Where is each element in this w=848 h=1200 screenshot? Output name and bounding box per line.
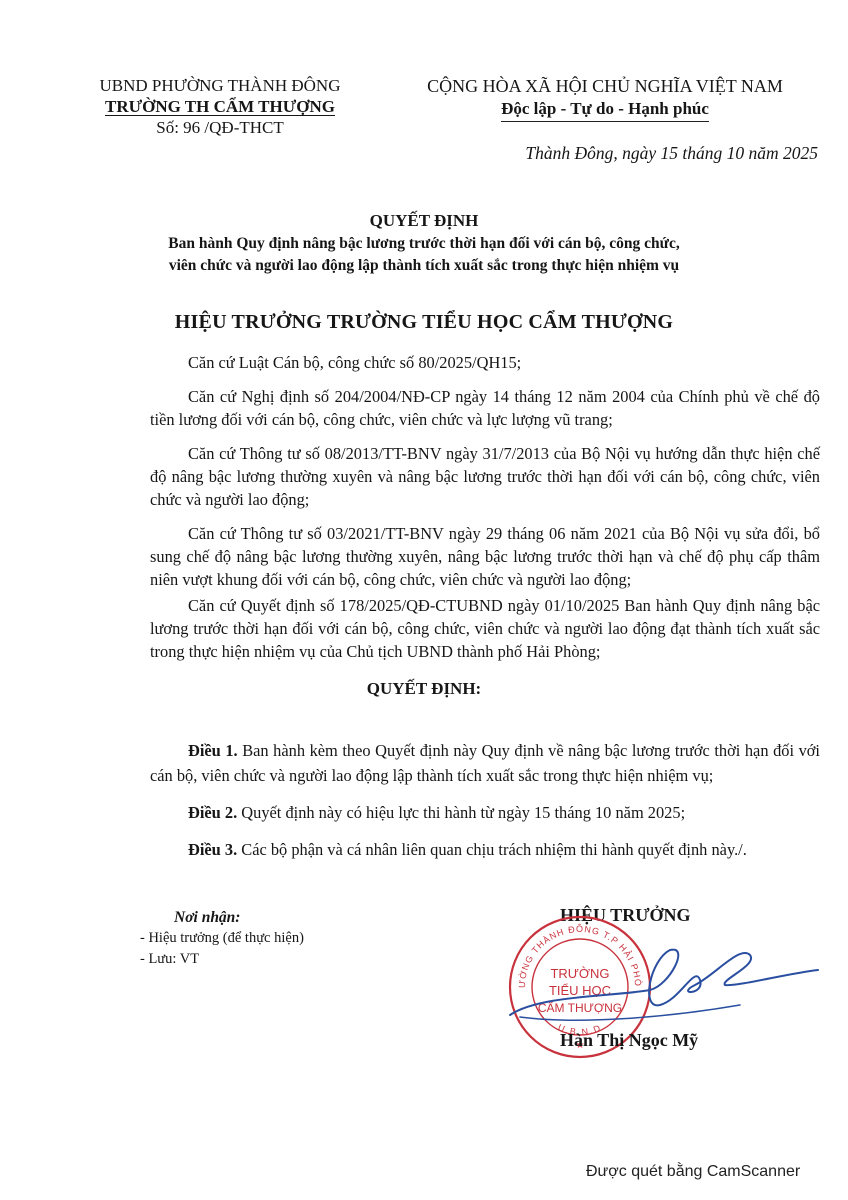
legal-basis-item: Căn cứ Thông tư số 03/2021/TT-BNV ngày 2… — [150, 522, 820, 591]
handwritten-signature-icon — [500, 925, 820, 1025]
legal-basis-item: Căn cứ Nghị định số 204/2004/NĐ-CP ngày … — [150, 385, 820, 431]
article-text: Các bộ phận và cá nhân liên quan chịu tr… — [237, 840, 747, 859]
signer-name: Hàn Thị Ngọc Mỹ — [560, 1030, 698, 1051]
article-1: Điều 1. Ban hành kèm theo Quyết định này… — [150, 738, 820, 788]
date-line: Thành Đông, ngày 15 tháng 10 năm 2025 — [525, 143, 818, 164]
recipients-block: Nơi nhận: - Hiệu trưởng (để thực hiện) -… — [140, 907, 304, 970]
school-name: TRƯỜNG TH CẨM THƯỢNG — [70, 96, 370, 117]
document-title: QUYẾT ĐỊNH — [0, 211, 848, 231]
legal-basis-item: Căn cứ Luật Cán bộ, công chức số 80/2025… — [150, 351, 820, 374]
article-3: Điều 3. Các bộ phận và cá nhân liên quan… — [150, 837, 820, 862]
authority-name: UBND PHƯỜNG THÀNH ĐÔNG — [70, 75, 370, 96]
recipients-heading: Nơi nhận: — [174, 907, 304, 928]
national-header: CỘNG HÒA XÃ HỘI CHỦ NGHĨA VIỆT NAM Độc l… — [395, 75, 815, 122]
national-motto: Độc lập - Tự do - Hạnh phúc — [501, 98, 709, 122]
recipient-item: - Hiệu trưởng (để thực hiện) — [140, 928, 304, 949]
document-subject: Ban hành Quy định nâng bậc lương trước t… — [0, 233, 848, 277]
nation-name: CỘNG HÒA XÃ HỘI CHỦ NGHĨA VIỆT NAM — [395, 75, 815, 97]
subject-line: Ban hành Quy định nâng bậc lương trước t… — [0, 233, 848, 255]
article-label: Điều 3. — [188, 840, 237, 859]
article-2: Điều 2. Quyết định này có hiệu lực thi h… — [150, 800, 820, 825]
decision-heading: QUYẾT ĐỊNH: — [0, 679, 848, 699]
legal-bases: Căn cứ Luật Cán bộ, công chức số 80/2025… — [150, 351, 820, 674]
scanner-watermark: Được quét bằng CamScanner — [586, 1163, 800, 1181]
document-number: Số: 96 /QĐ-THCT — [70, 117, 370, 138]
articles: Điều 1. Ban hành kèm theo Quyết định này… — [150, 738, 820, 874]
subject-line: viên chức và người lao động lập thành tí… — [0, 255, 848, 277]
legal-basis-item: Căn cứ Quyết định số 178/2025/QĐ-CTUBND … — [150, 594, 820, 663]
article-text: Ban hành kèm theo Quyết định này Quy địn… — [150, 741, 820, 785]
article-label: Điều 2. — [188, 803, 237, 822]
recipient-item: - Lưu: VT — [140, 949, 304, 970]
article-label: Điều 1. — [188, 741, 238, 760]
article-text: Quyết định này có hiệu lực thi hành từ n… — [237, 803, 685, 822]
issuing-agency-header: UBND PHƯỜNG THÀNH ĐÔNG TRƯỜNG TH CẨM THƯ… — [70, 75, 370, 138]
legal-basis-item: Căn cứ Thông tư số 08/2013/TT-BNV ngày 3… — [150, 442, 820, 511]
issuing-authority-line: HIỆU TRƯỞNG TRƯỜNG TIỂU HỌC CẨM THƯỢNG — [0, 311, 848, 334]
